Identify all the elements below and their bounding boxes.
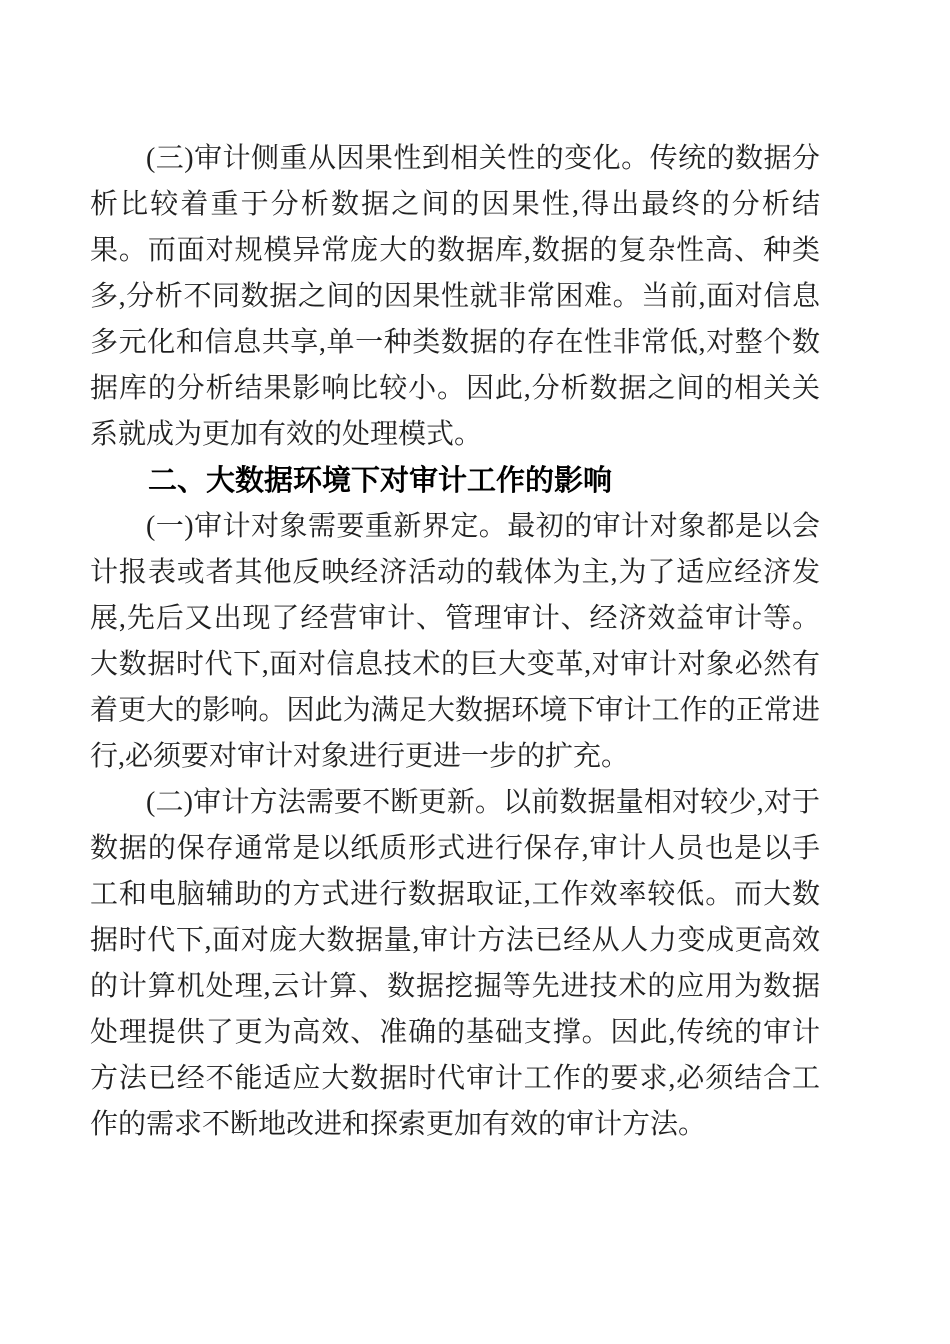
paragraph-audit-object-redefine: (一)审计对象需要重新界定。最初的审计对象都是以会计报表或者其他反映经济活动的载… <box>90 504 820 780</box>
document-page: (三)审计侧重从因果性到相关性的变化。传统的数据分析比较着重于分析数据之间的因果… <box>0 0 950 1344</box>
paragraph-audit-method-update: (二)审计方法需要不断更新。以前数据量相对较少,对于数据的保存通常是以纸质形式进… <box>90 780 820 1148</box>
paragraph-audit-focus-change: (三)审计侧重从因果性到相关性的变化。传统的数据分析比较着重于分析数据之间的因果… <box>90 136 820 458</box>
section-heading-big-data-impact: 二、大数据环境下对审计工作的影响 <box>90 458 820 504</box>
